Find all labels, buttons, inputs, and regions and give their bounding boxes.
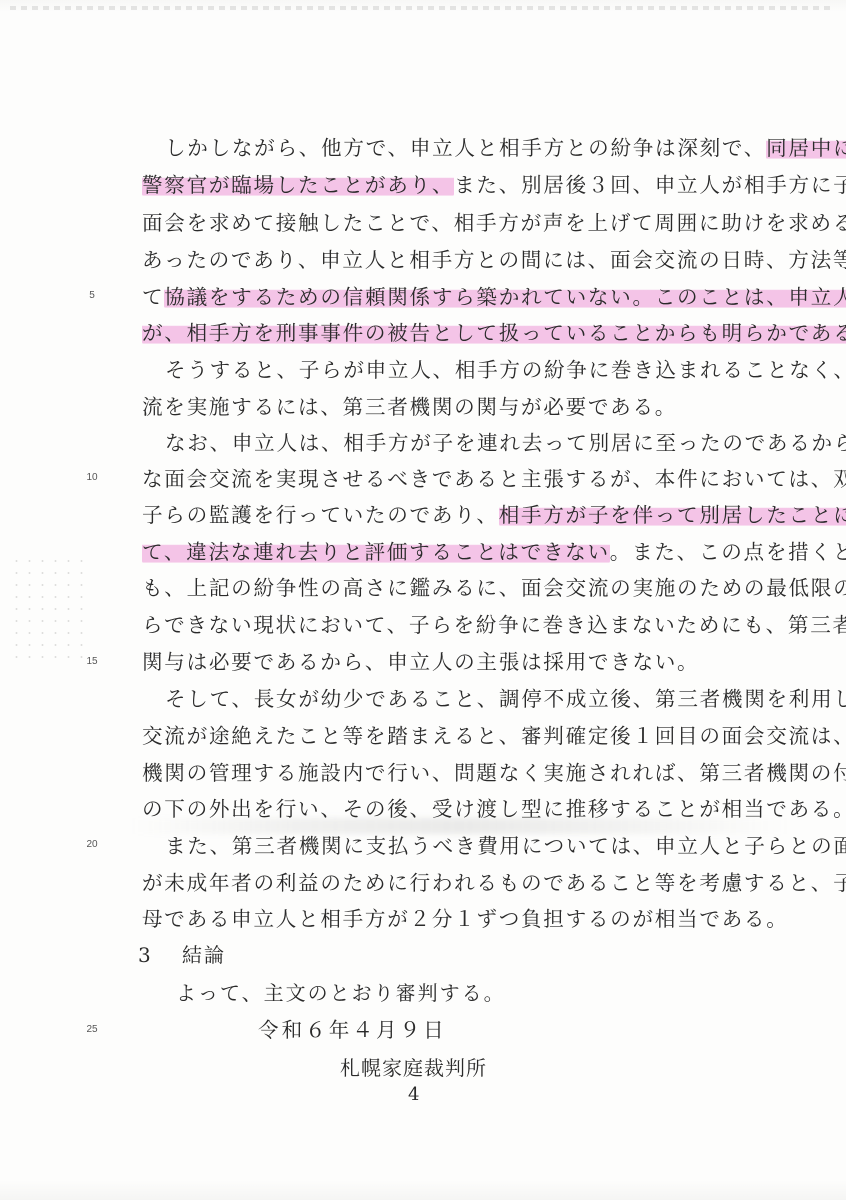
page-number: 4 — [408, 1082, 419, 1108]
line-number: 10 — [80, 472, 104, 483]
highlighted-text: 協議をするための信頼関係すら築かれていない。このことは、申立人自身 — [164, 285, 846, 309]
text-line: 警察官が臨場したことがあり、また、別居後３回、申立人が相手方に子らとの — [142, 170, 762, 200]
text-segment: 交流が途絶えたこと等を踏まえると、審判確定後１回目の面会交流は、第三者 — [142, 724, 846, 748]
section-title: 結論 — [182, 943, 226, 967]
text-line: が未成年者の利益のために行われるものであること等を考慮すると、子らの父 — [142, 868, 762, 898]
text-line: なお、申立人は、相手方が子を連れ去って別居に至ったのであるから、自由 — [142, 428, 762, 458]
highlighted-text: 警察官が臨場したことがあり、 — [142, 173, 454, 197]
court-name: 札幌家庭裁判所 — [340, 1053, 487, 1083]
text-segment: なお、申立人は、相手方が子を連れ去って別居に至ったのであるから、自由 — [165, 431, 846, 455]
text-line: な面会交流を実現させるべきであると主張するが、本件においては、双方とも — [142, 464, 762, 494]
text-line: らできない現状において、子らを紛争に巻き込まないためにも、第三者機関の — [142, 610, 762, 640]
text-segment: 関与は必要であるから、申立人の主張は採用できない。 — [142, 650, 699, 674]
text-line: そして、長女が幼少であること、調停不成立後、第三者機関を利用した面会 — [142, 684, 762, 714]
text-segment: そして、長女が幼少であること、調停不成立後、第三者機関を利用した面会 — [165, 687, 846, 711]
document-page: しかしながら、他方で、申立人と相手方との紛争は深刻で、同居中に２回、警察官が臨場… — [0, 0, 846, 1200]
text-segment: 流を実施するには、第三者機関の関与が必要である。 — [142, 395, 677, 419]
text-line: て、違法な連れ去りと評価することはできない。また、この点を措くとして — [142, 537, 762, 567]
text-line: 交流が途絶えたこと等を踏まえると、審判確定後１回目の面会交流は、第三者 — [142, 721, 762, 751]
text-segment: また、第三者機関に支払うべき費用については、申立人と子らとの面会交流 — [165, 834, 846, 858]
text-segment: て — [142, 285, 164, 309]
line-number: 15 — [80, 656, 104, 667]
text-line: 機関の管理する施設内で行い、問題なく実施されれば、第三者機関の付き添い — [142, 758, 762, 788]
text-line: が、相手方を刑事事件の被告として扱っていることからも明らかである。 — [142, 318, 762, 348]
highlighted-text: 相手方が子を伴って別居したことについ — [499, 503, 846, 527]
text-segment: しかしながら、他方で、申立人と相手方との紛争は深刻で、 — [165, 136, 766, 160]
scan-edge-artifact — [10, 6, 830, 10]
text-segment: また、別居後３回、申立人が相手方に子らとの — [454, 173, 846, 197]
section-number: 3 — [138, 940, 182, 970]
text-segment: も、上記の紛争性の高さに鑑みるに、面会交流の実施のための最低限の協力す — [142, 576, 846, 600]
text-segment: 機関の管理する施設内で行い、問題なく実施されれば、第三者機関の付き添い — [142, 761, 846, 785]
decision-date: 令和６年４月９日 — [258, 1015, 447, 1045]
text-segment: 面会を求めて接触したことで、相手方が声を上げて周囲に助けを求めることが — [142, 211, 846, 235]
text-segment: そうすると、子らが申立人、相手方の紛争に巻き込まれることなく、面会交 — [165, 358, 846, 382]
highlighted-text: が、相手方を刑事事件の被告として扱っていることからも明らかである。 — [142, 321, 846, 345]
text-line: 関与は必要であるから、申立人の主張は採用できない。 — [142, 647, 762, 677]
line-number: 25 — [80, 1024, 104, 1035]
highlighted-text: て、違法な連れ去りと評価することはできない — [142, 540, 610, 564]
conclusion-text: よって、主文のとおり審判する。 — [176, 978, 506, 1008]
text-segment: な面会交流を実現させるべきであると主張するが、本件においては、双方とも — [142, 467, 846, 491]
line-number: 5 — [80, 290, 104, 301]
text-segment: の下の外出を行い、その後、受け渡し型に推移することが相当である。 — [142, 797, 846, 821]
text-line: の下の外出を行い、その後、受け渡し型に推移することが相当である。 — [142, 794, 762, 824]
text-segment: 。また、この点を措くとして — [610, 540, 846, 564]
text-segment: 子らの監護を行っていたのであり、 — [142, 503, 499, 527]
text-line: あったのであり、申立人と相手方との間には、面会交流の日時、方法等につい — [142, 245, 762, 275]
text-segment: 母である申立人と相手方が２分１ずつ負担するのが相当である。 — [142, 907, 789, 931]
section-heading: 3結論 — [138, 940, 226, 970]
highlighted-text: 同居中に２回、 — [766, 136, 846, 160]
line-number: 20 — [80, 839, 104, 850]
text-line: しかしながら、他方で、申立人と相手方との紛争は深刻で、同居中に２回、 — [142, 133, 762, 163]
text-line: 子らの監護を行っていたのであり、相手方が子を伴って別居したことについ — [142, 500, 762, 530]
text-line: 面会を求めて接触したことで、相手方が声を上げて周囲に助けを求めることが — [142, 208, 762, 238]
text-line: も、上記の紛争性の高さに鑑みるに、面会交流の実施のための最低限の協力す — [142, 573, 762, 603]
text-line: て協議をするための信頼関係すら築かれていない。このことは、申立人自身 — [142, 282, 762, 312]
text-segment: が未成年者の利益のために行われるものであること等を考慮すると、子らの父 — [142, 871, 846, 895]
text-line: 流を実施するには、第三者機関の関与が必要である。 — [142, 392, 762, 422]
text-line: また、第三者機関に支払うべき費用については、申立人と子らとの面会交流 — [142, 831, 762, 861]
text-line: 母である申立人と相手方が２分１ずつ負担するのが相当である。 — [142, 904, 762, 934]
scan-dot-artifact — [10, 555, 90, 665]
text-segment: あったのであり、申立人と相手方との間には、面会交流の日時、方法等につい — [142, 248, 846, 272]
text-segment: らできない現状において、子らを紛争に巻き込まないためにも、第三者機関の — [142, 613, 846, 637]
text-line: そうすると、子らが申立人、相手方の紛争に巻き込まれることなく、面会交 — [142, 355, 762, 385]
